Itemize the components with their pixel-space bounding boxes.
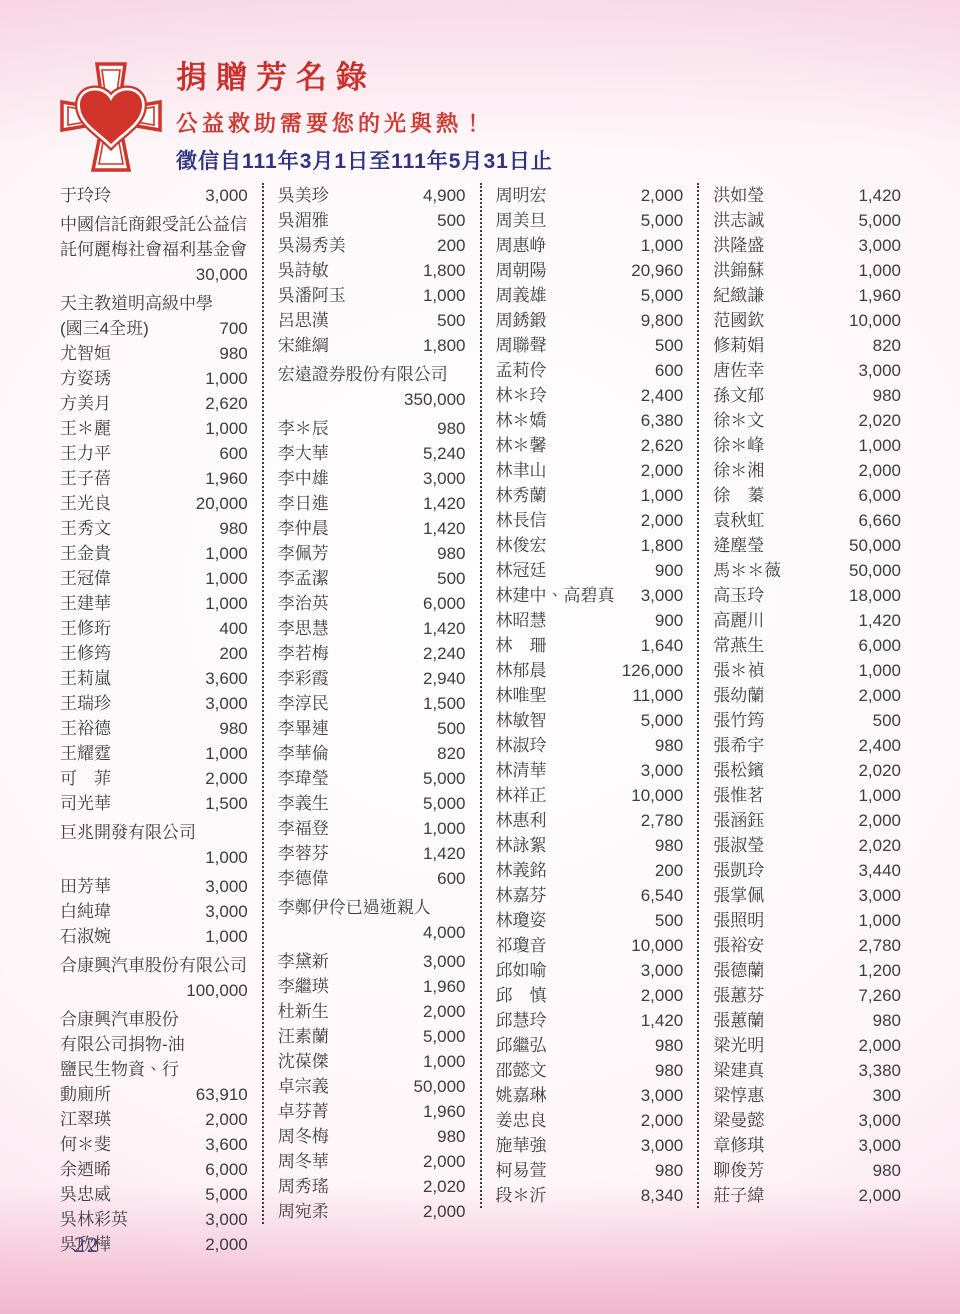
donor-name: 林敏智 — [496, 708, 635, 733]
donor-amount: 2,000 — [852, 1183, 901, 1208]
donor-amount: 350,000 — [398, 387, 465, 412]
donor-entry: 李蓉芬1,420 — [278, 841, 466, 866]
donor-entry: 馬＊＊薇50,000 — [713, 558, 901, 583]
donor-name: 張松鑌 — [713, 758, 852, 783]
donor-entry: 林俊宏1,800 — [496, 533, 684, 558]
donor-entry: 汪素蘭5,000 — [278, 1024, 466, 1049]
donor-entry: 張竹筠500 — [713, 708, 901, 733]
donor-amount: 10,000 — [625, 783, 683, 808]
donor-amount: 2,000 — [199, 766, 248, 791]
donor-amount: 2,780 — [852, 933, 901, 958]
donor-name: 張蕙芬 — [713, 983, 852, 1008]
donor-amount: 2,020 — [852, 408, 901, 433]
donor-name: 周美旦 — [496, 208, 635, 233]
donor-name: 吳林彩英 — [60, 1207, 199, 1232]
donor-name: 張裕安 — [713, 933, 852, 958]
donor-name: 唐佐幸 — [713, 358, 852, 383]
donor-entry: 王子蓓1,960 — [60, 466, 248, 491]
donor-name: 王建華 — [60, 591, 199, 616]
donor-name: 林冠廷 — [496, 558, 649, 583]
donor-name: 合康興汽車股份有限公司捐物-油鹽民生物資、行動廁所 — [60, 1007, 190, 1107]
donor-name: 梁光明 — [713, 1033, 852, 1058]
donor-entry: 周美旦5,000 — [496, 208, 684, 233]
donor-entry: 徐＊湘2,000 — [713, 458, 901, 483]
donor-name: 邵懿文 — [496, 1058, 649, 1083]
donor-amount: 2,000 — [635, 983, 684, 1008]
donor-entry: 王建華1,000 — [60, 591, 248, 616]
donor-amount: 400 — [213, 616, 247, 641]
donor-amount: 2,000 — [852, 1033, 901, 1058]
donor-entry: 吳美珍4,900 — [278, 183, 466, 208]
donor-entry: 呂思漢500 — [278, 308, 466, 333]
donor-amount: 2,000 — [199, 1107, 248, 1132]
donor-entry: 林冠廷900 — [496, 558, 684, 583]
donor-amount: 1,000 — [199, 416, 248, 441]
donor-amount: 3,000 — [635, 1083, 684, 1108]
donor-name: 李治英 — [278, 591, 417, 616]
donor-entry: 李德偉600 — [278, 866, 466, 891]
donor-name: 李蓉芬 — [278, 841, 417, 866]
donor-amount: 980 — [867, 1008, 901, 1033]
page-header: 捐贈芳名錄 公益救助需要您的光與熱！ 徵信自111年3月1日至111年5月31日… — [58, 58, 920, 175]
donor-amount: 1,960 — [417, 1099, 466, 1124]
donor-amount: 2,000 — [635, 183, 684, 208]
donor-name: 林瓊姿 — [496, 908, 649, 933]
donor-entry: 徐＊峰1,000 — [713, 433, 901, 458]
donor-entry: 梁曼懿3,000 — [713, 1108, 901, 1133]
donor-name: 莊子緯 — [713, 1183, 852, 1208]
donor-amount: 2,000 — [199, 1232, 248, 1257]
donor-entry: 洪隆盛3,000 — [713, 233, 901, 258]
donor-name: 施華強 — [496, 1133, 635, 1158]
donor-amount: 1,200 — [852, 958, 901, 983]
donor-amount: 1,000 — [852, 433, 901, 458]
donor-amount: 2,000 — [635, 508, 684, 533]
donor-name: 張希宇 — [713, 733, 852, 758]
donor-entry: 林義銘200 — [496, 858, 684, 883]
donor-name: 王耀霆 — [60, 741, 199, 766]
donor-amount: 2,020 — [417, 1174, 466, 1199]
donor-amount: 5,000 — [635, 283, 684, 308]
donor-entry: 洪志誠5,000 — [713, 208, 901, 233]
donor-entry: 李孟潔500 — [278, 566, 466, 591]
donor-amount: 3,000 — [635, 958, 684, 983]
donor-amount: 2,240 — [417, 641, 466, 666]
donor-entry: 徐 蓁6,000 — [713, 483, 901, 508]
donor-amount: 700 — [213, 316, 247, 341]
donor-amount: 2,000 — [635, 458, 684, 483]
donor-name: 聊俊芳 — [713, 1158, 866, 1183]
donor-entry: 姚嘉琳3,000 — [496, 1083, 684, 1108]
donor-name: 孟莉伶 — [496, 358, 649, 383]
donor-amount: 50,000 — [408, 1074, 466, 1099]
donor-entry: 王＊麗1,000 — [60, 416, 248, 441]
donor-entry: 洪錦蘇1,000 — [713, 258, 901, 283]
donor-amount: 4,900 — [417, 183, 466, 208]
donor-name: 洪錦蘇 — [713, 258, 852, 283]
donor-entry: 周朝陽20,960 — [496, 258, 684, 283]
donor-amount: 980 — [431, 1124, 465, 1149]
donor-name: 紀緻謙 — [713, 283, 852, 308]
donor-entry: 巨兆開發有限公司1,000 — [60, 820, 248, 870]
donor-name: 吳潘阿玉 — [278, 283, 417, 308]
donor-amount: 5,000 — [852, 208, 901, 233]
donor-name: 張照明 — [713, 908, 852, 933]
donor-name: 王子蓓 — [60, 466, 199, 491]
donor-entry: 吳湯秀美200 — [278, 233, 466, 258]
donor-name: 祁瓊音 — [496, 933, 626, 958]
donor-amount: 6,000 — [199, 1157, 248, 1182]
donor-name: 林 珊 — [496, 633, 635, 658]
donor-name: 馬＊＊薇 — [713, 558, 843, 583]
donor-entry: 江翠瑛2,000 — [60, 1107, 248, 1132]
donor-name: 田芳華 — [60, 874, 199, 899]
donor-amount: 1,000 — [199, 541, 248, 566]
donor-amount: 1,000 — [635, 233, 684, 258]
donor-entry: 林祥正10,000 — [496, 783, 684, 808]
donor-entry: 高麗川1,420 — [713, 608, 901, 633]
donor-amount: 3,000 — [199, 874, 248, 899]
page-number: 22 — [74, 1232, 100, 1258]
donor-amount: 3,000 — [417, 949, 466, 974]
donor-amount: 1,000 — [852, 783, 901, 808]
donor-name: 梁曼懿 — [713, 1108, 852, 1133]
donor-name: 常燕生 — [713, 633, 852, 658]
donor-amount: 980 — [649, 1058, 683, 1083]
donor-amount: 1,000 — [852, 258, 901, 283]
donor-entry: 李黛新3,000 — [278, 949, 466, 974]
donor-entry: 林詠絮980 — [496, 833, 684, 858]
donor-entry: 李中雄3,000 — [278, 466, 466, 491]
donor-entry: 王冠偉1,000 — [60, 566, 248, 591]
donor-name: 章修琪 — [713, 1133, 852, 1158]
donor-name: 洪志誠 — [713, 208, 852, 233]
donor-amount: 300 — [867, 1083, 901, 1108]
donor-amount: 126,000 — [616, 658, 683, 683]
donor-name: 林昭慧 — [496, 608, 649, 633]
donor-amount: 980 — [431, 416, 465, 441]
donor-amount: 10,000 — [625, 933, 683, 958]
donor-name: 何＊斐 — [60, 1132, 199, 1157]
donor-name: 林＊玲 — [496, 383, 635, 408]
donor-name: 袁秋虹 — [713, 508, 852, 533]
donor-entry: 天主教道明高級中學(國三4全班)700 — [60, 291, 248, 341]
donor-entry: 張掌佩3,000 — [713, 883, 901, 908]
donor-name: 中國信託商銀受託公益信託何麗梅社會福利基金會 — [60, 212, 248, 262]
donor-entry: 林建中、高碧真3,000 — [496, 583, 684, 608]
donor-entry: 張德蘭1,200 — [713, 958, 901, 983]
donor-amount: 18,000 — [843, 583, 901, 608]
donor-amount: 1,000 — [852, 908, 901, 933]
donor-column-2: 吳美珍4,900吳湄雅500吳湯秀美200吳詩敏1,800吳潘阿玉1,000呂思… — [262, 183, 480, 1224]
donor-entry: 王秀文980 — [60, 516, 248, 541]
donor-entry: 李思慧1,420 — [278, 616, 466, 641]
donor-amount: 1,000 — [199, 741, 248, 766]
donor-amount: 2,000 — [852, 683, 901, 708]
donor-amount: 5,000 — [417, 1024, 466, 1049]
donor-entry: 梁建真3,380 — [713, 1058, 901, 1083]
donor-name: 吳湄雅 — [278, 208, 431, 233]
donor-amount: 1,000 — [417, 1049, 466, 1074]
donor-entry: 林瓊姿500 — [496, 908, 684, 933]
donor-amount: 600 — [649, 358, 683, 383]
donor-entry: 吳湄雅500 — [278, 208, 466, 233]
donor-amount: 3,000 — [199, 691, 248, 716]
donor-entry: 吳潘阿玉1,000 — [278, 283, 466, 308]
donor-name: 李德偉 — [278, 866, 431, 891]
donor-name: 梁惇惠 — [713, 1083, 866, 1108]
donor-name: 王瑞珍 — [60, 691, 199, 716]
donor-amount: 980 — [867, 1158, 901, 1183]
donor-name: 吳美珍 — [278, 183, 417, 208]
donor-amount: 1,640 — [635, 633, 684, 658]
donor-entry: 林長信2,000 — [496, 508, 684, 533]
donor-amount: 6,000 — [852, 633, 901, 658]
donor-entry: 邱慧玲1,420 — [496, 1008, 684, 1033]
donor-entry: 王光良20,000 — [60, 491, 248, 516]
donor-name: 張涵鈺 — [713, 808, 852, 833]
donor-entry: 中國信託商銀受託公益信託何麗梅社會福利基金會30,000 — [60, 212, 248, 287]
donor-entry: 王修筠200 — [60, 641, 248, 666]
donor-name: 林詠絮 — [496, 833, 649, 858]
donor-name: 卓芬菁 — [278, 1099, 417, 1124]
donor-amount: 6,000 — [852, 483, 901, 508]
donor-name: 姚嘉琳 — [496, 1083, 635, 1108]
donor-name: 林＊馨 — [496, 433, 635, 458]
donor-entry: 紀緻謙1,960 — [713, 283, 901, 308]
donor-amount: 11,000 — [627, 683, 684, 708]
donor-name: 周惠峥 — [496, 233, 635, 258]
donor-amount: 2,620 — [635, 433, 684, 458]
donor-amount: 1,000 — [417, 816, 466, 841]
donor-entry: 李彩霞2,940 — [278, 666, 466, 691]
donor-amount: 200 — [213, 641, 247, 666]
donor-name: 張蕙蘭 — [713, 1008, 866, 1033]
donor-amount: 2,000 — [852, 458, 901, 483]
donor-name: 李思慧 — [278, 616, 417, 641]
donor-entry: 方姿琇1,000 — [60, 366, 248, 391]
donor-amount: 100,000 — [180, 978, 247, 1003]
donor-name: 孫文郁 — [713, 383, 866, 408]
donor-entry: 李義生5,000 — [278, 791, 466, 816]
donor-amount: 1,500 — [199, 791, 248, 816]
donor-amount: 8,340 — [635, 1183, 684, 1208]
donor-name: 江翠瑛 — [60, 1107, 199, 1132]
donor-name: 張淑瑩 — [713, 833, 852, 858]
donor-entry: 林＊玲2,400 — [496, 383, 684, 408]
donor-entry: 張幼蘭2,000 — [713, 683, 901, 708]
donor-name: 汪素蘭 — [278, 1024, 417, 1049]
donor-entry: 李治英6,000 — [278, 591, 466, 616]
donor-entry: 張涵鈺2,000 — [713, 808, 901, 833]
donor-name: 林俊宏 — [496, 533, 635, 558]
donor-name: 王裕德 — [60, 716, 213, 741]
donor-name: 李義生 — [278, 791, 417, 816]
donor-amount: 980 — [649, 1033, 683, 1058]
donor-entry: 周義雄5,000 — [496, 283, 684, 308]
donor-entry: 唐佐幸3,000 — [713, 358, 901, 383]
donor-name: 尤智姮 — [60, 341, 213, 366]
donor-name: 林淑玲 — [496, 733, 649, 758]
donor-name: 周秀瑤 — [278, 1174, 417, 1199]
donor-name: 林義銘 — [496, 858, 649, 883]
donor-name: 范國欽 — [713, 308, 843, 333]
donor-name: 李黛新 — [278, 949, 417, 974]
donor-name: 李大華 — [278, 441, 417, 466]
donor-entry: 李大華5,240 — [278, 441, 466, 466]
donor-amount: 2,000 — [417, 1149, 466, 1174]
donor-entry: 于玲玲3,000 — [60, 183, 248, 208]
donor-name: 李繼瑛 — [278, 974, 417, 999]
donor-entry: 林郁晨126,000 — [496, 658, 684, 683]
donor-entry: 卓宗義50,000 — [278, 1074, 466, 1099]
donor-amount: 1,960 — [852, 283, 901, 308]
donor-amount: 1,800 — [417, 333, 466, 358]
report-period: 徵信自111年3月1日至111年5月31日止 — [176, 145, 553, 175]
donor-amount: 500 — [431, 208, 465, 233]
donor-amount: 3,000 — [852, 1108, 901, 1133]
donor-entry: 柯易萱980 — [496, 1158, 684, 1183]
donor-entry: 李淳民1,500 — [278, 691, 466, 716]
donor-amount: 6,660 — [852, 508, 901, 533]
donor-entry: 張凱玲3,440 — [713, 858, 901, 883]
donor-name: 方美月 — [60, 391, 199, 416]
donor-name: 余迺晞 — [60, 1157, 199, 1182]
donor-entry: 孫文郁980 — [713, 383, 901, 408]
donor-amount: 2,000 — [417, 1199, 466, 1224]
cross-heart-icon — [58, 60, 166, 174]
donor-name: 李＊辰 — [278, 416, 431, 441]
donor-amount: 3,000 — [852, 1133, 901, 1158]
donor-entry: 周銹鍛9,800 — [496, 308, 684, 333]
donor-amount: 2,000 — [635, 1108, 684, 1133]
donor-amount: 600 — [431, 866, 465, 891]
donor-amount: 1,000 — [199, 924, 248, 949]
donor-amount: 5,000 — [635, 208, 684, 233]
donor-entry: 周秀瑤2,020 — [278, 1174, 466, 1199]
donor-name: 林郁晨 — [496, 658, 616, 683]
donor-amount: 20,000 — [190, 491, 248, 516]
donor-entry: 余迺晞6,000 — [60, 1157, 248, 1182]
donor-entry: 邵懿文980 — [496, 1058, 684, 1083]
donation-roster-page: 捐贈芳名錄 公益救助需要您的光與熱！ 徵信自111年3月1日至111年5月31日… — [0, 0, 960, 1314]
donor-name: 周明宏 — [496, 183, 635, 208]
donor-amount: 6,380 — [635, 408, 684, 433]
donor-amount: 50,000 — [843, 558, 901, 583]
donor-entry: 范國欽10,000 — [713, 308, 901, 333]
donor-entry: 王金貴1,000 — [60, 541, 248, 566]
donor-name: 于玲玲 — [60, 183, 199, 208]
donor-entry: 李繼瑛1,960 — [278, 974, 466, 999]
donor-name: 吳湯秀美 — [278, 233, 431, 258]
donor-name: 王秀文 — [60, 516, 213, 541]
donor-name: 周聯聲 — [496, 333, 649, 358]
donor-entry: 姜忠良2,000 — [496, 1108, 684, 1133]
donor-name: 天主教道明高級中學(國三4全班) — [60, 291, 213, 341]
donor-amount: 5,000 — [417, 791, 466, 816]
donor-entry: 田芳華3,000 — [60, 874, 248, 899]
donor-amount: 3,600 — [199, 666, 248, 691]
donor-amount: 500 — [867, 708, 901, 733]
donor-amount: 3,000 — [635, 1133, 684, 1158]
donor-entry: 李＊辰980 — [278, 416, 466, 441]
donor-amount: 980 — [867, 383, 901, 408]
donor-entry: 孟莉伶600 — [496, 358, 684, 383]
donor-name: 宏遠證券股份有限公司 — [278, 362, 466, 387]
donor-entry: 卓芬菁1,960 — [278, 1099, 466, 1124]
donor-amount: 500 — [649, 333, 683, 358]
donor-name: 張德蘭 — [713, 958, 852, 983]
donor-amount: 9,800 — [635, 308, 684, 333]
donor-entry: 林唯聖11,000 — [496, 683, 684, 708]
donor-name: 王＊麗 — [60, 416, 199, 441]
donor-amount: 1,800 — [635, 533, 684, 558]
donor-name: 洪隆盛 — [713, 233, 852, 258]
donor-entry: 邱如喻3,000 — [496, 958, 684, 983]
donor-name: 林惠利 — [496, 808, 635, 833]
donor-name: 李孟潔 — [278, 566, 431, 591]
donor-entry: 張＊禎1,000 — [713, 658, 901, 683]
donor-amount: 1,000 — [852, 658, 901, 683]
donor-amount: 1,800 — [417, 258, 466, 283]
donor-name: 高麗川 — [713, 608, 852, 633]
donor-name: 王莉嵐 — [60, 666, 199, 691]
donor-entry: 李佩芳980 — [278, 541, 466, 566]
donor-name: 李福登 — [278, 816, 417, 841]
donor-name: 修莉娟 — [713, 333, 866, 358]
donor-amount: 1,420 — [417, 491, 466, 516]
donor-name: 林長信 — [496, 508, 635, 533]
donor-entry: 周明宏2,000 — [496, 183, 684, 208]
donor-entry: 徐＊文2,020 — [713, 408, 901, 433]
donor-amount: 3,000 — [852, 233, 901, 258]
donor-amount: 2,020 — [852, 833, 901, 858]
donor-entry: 聊俊芳980 — [713, 1158, 901, 1183]
donor-amount: 3,000 — [635, 583, 684, 608]
donor-name: 周銹鍛 — [496, 308, 635, 333]
donor-amount: 1,000 — [199, 566, 248, 591]
donor-entry: 宋維綱1,800 — [278, 333, 466, 358]
donor-amount: 980 — [213, 341, 247, 366]
donor-entry: 高玉玲18,000 — [713, 583, 901, 608]
donor-name: 宋維綱 — [278, 333, 417, 358]
donor-entry: 李若梅2,240 — [278, 641, 466, 666]
donor-entry: 周冬梅980 — [278, 1124, 466, 1149]
donor-amount: 3,000 — [417, 466, 466, 491]
donor-name: 邱如喻 — [496, 958, 635, 983]
donor-entry: 施華強3,000 — [496, 1133, 684, 1158]
donor-amount: 980 — [649, 733, 683, 758]
donor-amount: 1,000 — [635, 483, 684, 508]
donor-entry: 林昭慧900 — [496, 608, 684, 633]
donor-name: 徐＊文 — [713, 408, 852, 433]
donor-name: 李彩霞 — [278, 666, 417, 691]
donor-amount: 900 — [649, 608, 683, 633]
donor-name: 高玉玲 — [713, 583, 843, 608]
donor-name: 李日進 — [278, 491, 417, 516]
donor-amount: 3,000 — [852, 358, 901, 383]
donor-amount: 1,420 — [417, 841, 466, 866]
donor-entry: 合康興汽車股份有限公司捐物-油鹽民生物資、行動廁所63,910 — [60, 1007, 248, 1107]
donor-entry: 吳忠威5,000 — [60, 1182, 248, 1207]
donor-amount: 3,000 — [199, 1207, 248, 1232]
donor-entry: 林敏智5,000 — [496, 708, 684, 733]
donor-entry: 林嘉芬6,540 — [496, 883, 684, 908]
donor-amount: 1,000 — [199, 366, 248, 391]
donor-amount: 10,000 — [843, 308, 901, 333]
donor-amount: 980 — [213, 716, 247, 741]
donor-amount: 500 — [431, 308, 465, 333]
